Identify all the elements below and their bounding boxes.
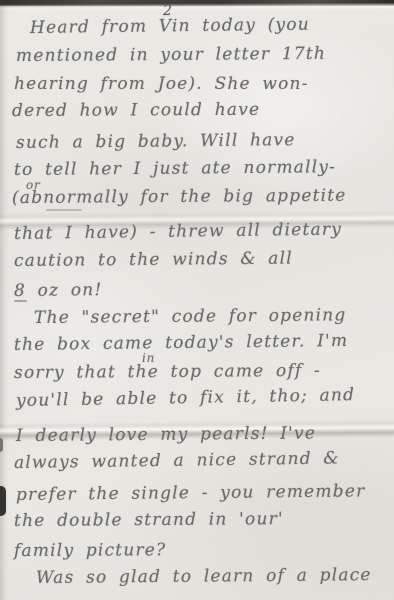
handwritten-line: to tell her I just ate normally- [14, 157, 336, 180]
inserted-word-in: in [142, 351, 155, 365]
handwritten-line: Heard from Vin today (you [30, 15, 310, 38]
handwritten-line: (abnormally for the big appetite [12, 186, 347, 208]
handwritten-line: The "secret" code for opening [34, 305, 347, 328]
paper-left-edge-mark [0, 486, 6, 516]
inserted-word-or: or [26, 178, 41, 192]
handwritten-line: the box came today's letter. I'm [14, 331, 349, 355]
handwritten-line: hearing from Joe). She won- [14, 74, 309, 94]
handwritten-line: I dearly love my pearls! I've [16, 423, 316, 446]
handwritten-line: you'll be able to fix it, tho; and [16, 385, 355, 411]
handwritten-line: prefer the single - you remember [16, 481, 366, 505]
handwritten-line: 8 oz on! [14, 280, 103, 301]
handwritten-line: family picture? [14, 540, 166, 561]
underline-mark-nor [46, 209, 82, 211]
paper-top-edge-highlight [0, 6, 394, 10]
handwritten-line: that I have) - threw all dietary [14, 219, 342, 244]
letter-page: 2 Heard from Vin today (you mentioned in… [0, 0, 394, 600]
underline-mark-8 [14, 300, 27, 302]
handwritten-line: mentioned in your letter 17th [16, 44, 326, 66]
handwritten-line: sorry that the top came off - [14, 361, 321, 383]
handwritten-line: caution to the winds & all [14, 249, 293, 271]
handwritten-line: the double strand in 'our' [14, 509, 284, 531]
paper-left-edge-mark-small [0, 438, 3, 452]
handwritten-line: always wanted a nice strand & [14, 448, 340, 473]
handwritten-line: dered how I could have [12, 100, 260, 121]
handwritten-line: such a big baby. Will have [16, 130, 296, 153]
handwritten-line: Was so glad to learn of a place [36, 565, 372, 588]
